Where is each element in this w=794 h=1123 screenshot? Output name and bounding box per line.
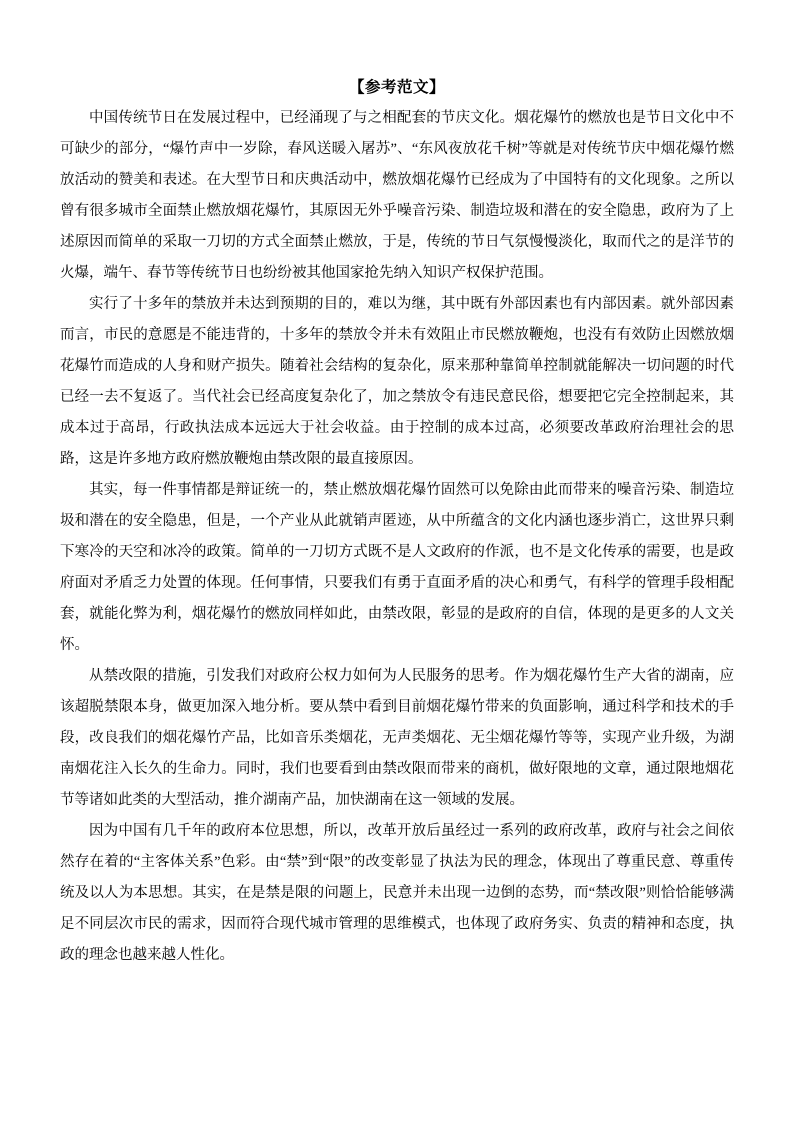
- essay-paragraph-1: 中国传统节日在发展过程中，已经涌现了与之相配套的节庆文化。烟花爆竹的燃放也是节日…: [60, 103, 734, 289]
- essay-paragraph-2: 实行了十多年的禁放并未达到预期的目的，难以为继，其中既有外部因素也有内部因素。就…: [60, 289, 734, 475]
- essay-paragraph-3: 其实，每一件事情都是辩证统一的，禁止燃放烟花爆竹固然可以免除由此而带来的噪音污染…: [60, 475, 734, 661]
- essay-paragraph-4: 从禁改限的措施，引发我们对政府公权力如何为人民服务的思考。作为烟花爆竹生产大省的…: [60, 661, 734, 816]
- essay-title: 【参考范文】: [60, 72, 734, 103]
- essay-body: 中国传统节日在发展过程中，已经涌现了与之相配套的节庆文化。烟花爆竹的燃放也是节日…: [60, 103, 734, 971]
- document-page: 【参考范文】 中国传统节日在发展过程中，已经涌现了与之相配套的节庆文化。烟花爆竹…: [0, 0, 794, 1123]
- essay-paragraph-5: 因为中国有几千年的政府本位思想，所以，改革开放后虽经过一系列的政府改革，政府与社…: [60, 816, 734, 971]
